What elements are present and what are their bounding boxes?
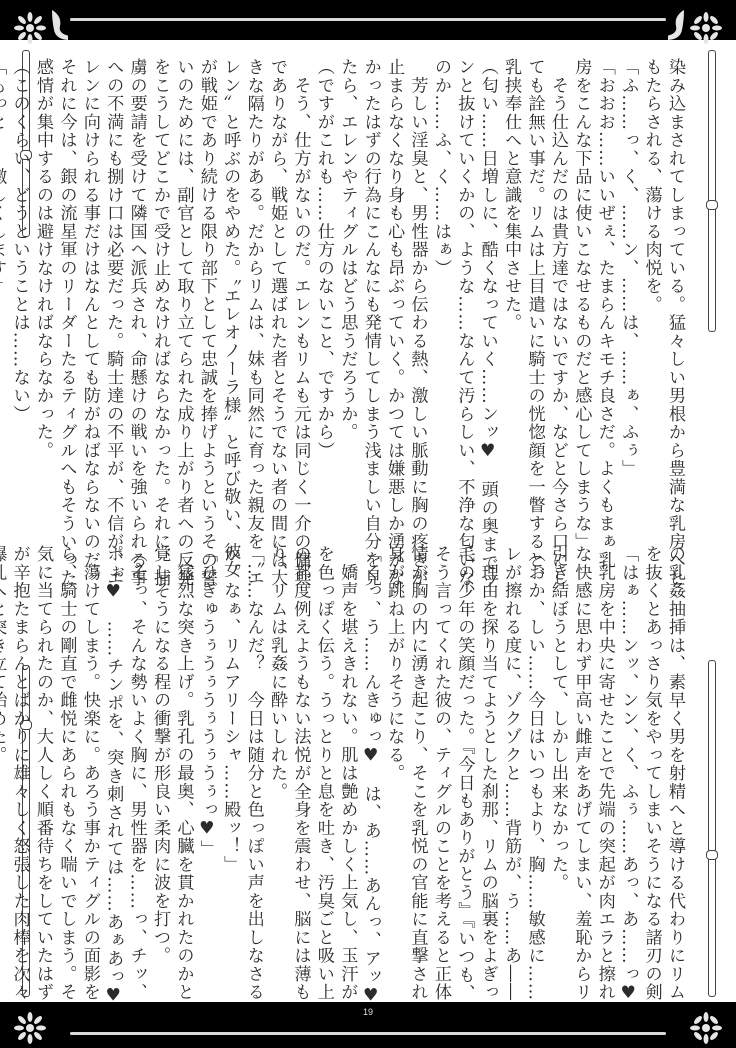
text-line: そう、仕方がないのだ。エレンもリムも元は同じく一介の傭兵 bbox=[288, 58, 311, 538]
text-line: 猛烈な突き上げ。乳孔の最奥、心臓を貫かれたのかと思わず錯 bbox=[171, 545, 194, 990]
text-line: 嬌声を堪えきれない。肌は艶めかしく上気し、玉汗がその表面 bbox=[335, 545, 358, 990]
text-line: が辛抱たまらんとばかりに雄々しく怒張した肉棒を次々とリムの bbox=[7, 545, 30, 990]
text-line: 感情が集中するのは避けなければならなかった。 bbox=[31, 58, 54, 538]
text-line: を色っぽく伝う。うっとりと息を吐き、汚臭ごと吸い上げる。そ bbox=[312, 545, 335, 990]
text-line: ンと抜けていくかの、ような……なんて汚らしい、不浄な匂いな bbox=[452, 58, 475, 538]
text-line: きな隔たりがある。だからリムは、妹も同然に育った親友を〝エ bbox=[241, 58, 264, 538]
text-line: （このくらい、どうということは……ない） bbox=[7, 58, 30, 538]
text-line: 「……なんだ？ 今日は随分と色っぽい声を出しなさるじゃねぇ bbox=[241, 545, 264, 990]
text-line: 芳しい淫臭と、男性器から伝わる熱、激しい脈動に胸の疼きが bbox=[405, 58, 428, 538]
text-line: の都度例えようもない法悦が全身を震わせ、脳には薄もやがかか bbox=[288, 545, 311, 990]
text-line: レンに向けられる事だけはなんとしても防がねばならないのだ。 bbox=[77, 58, 100, 538]
text-line: 「おおお……いいぜぇ、たまらんキモチ良さだ。よくもまぁ乳 bbox=[592, 58, 615, 538]
text-line: 身が跳ね上がりそうになる。 bbox=[382, 545, 405, 990]
flower-ornament-icon bbox=[668, 996, 728, 1048]
bottom-band-line bbox=[70, 1032, 666, 1035]
flower-ornament-icon bbox=[8, 996, 68, 1048]
flower-ornament-icon bbox=[8, 6, 68, 66]
text-line: を抜くとあっさり気をやってしまいそうになる諸刃の剣だ。 bbox=[639, 545, 662, 990]
text-line: 止まらなくなり身も心も昂ぶっていく。かつては嫌悪しか湧かな bbox=[382, 58, 405, 538]
text-line: 毛の少年の笑顔だった。『今日もありがとう』『いつも、助かる』、 bbox=[452, 545, 475, 990]
text-line: 「ひぎゅうぅうぅうぅうぅうぅっ♥」 bbox=[194, 545, 217, 990]
text-line: （そっ、そんな勢いよく胸に、男性器を……っ、チッ、チン…… bbox=[124, 545, 147, 990]
text-line: かったはずの行為にこんなにも発情してしまう浅ましい自分を見 bbox=[358, 58, 381, 538]
text-line: （ですがこれも……仕方のないこと、ですから） bbox=[312, 58, 335, 538]
text-line: 乳挟奉仕へと意識を集中させた。 bbox=[499, 58, 522, 538]
text-line: 「ふ……っ、く、……ン、……は、……ぁ、ふぅ」 bbox=[616, 58, 639, 538]
text-line: レン〟と呼ぶのをやめた。〝エレオノーラ様〟と呼び敬い、彼女 bbox=[218, 58, 241, 538]
text-line: もたらされる、蕩ける肉悦を。 bbox=[639, 58, 662, 538]
right-rail-knob bbox=[706, 850, 718, 860]
text-line: 乳房を中央に寄せたことで先端の突起が肉エラと擦れる。甘美 bbox=[592, 545, 615, 990]
text-line: レが擦れる度に、ゾクゾクと……背筋が、う……あ――） bbox=[499, 545, 522, 990]
flower-ornament-icon bbox=[668, 6, 728, 66]
top-band-line bbox=[70, 18, 666, 21]
text-line: をこうしてどこかで受け止めなければならなかった。それに、捕 bbox=[148, 58, 171, 538]
text-line: の乳姦抽挿は、素早く男を射精へと導ける代わりにリム自身も気 bbox=[663, 545, 686, 990]
text-line: 虜の要請を受けて隣国へ派兵され、命懸けの戦いを強いられる事 bbox=[124, 58, 147, 538]
text-line: 「もっと……激しくします」 bbox=[0, 58, 7, 538]
text-line: 爆乳へと突き立て始めた。 bbox=[0, 545, 7, 990]
text-line: 「はぁ……ンッ、ンン、く、ふぅ……あっ、あ……っ♥」 bbox=[616, 545, 639, 990]
text-line: 「くっ、う……んきゅっ♥ は、あ……あんっ、アッ♥」 bbox=[358, 545, 381, 990]
text-line: （匂い……日増しに、酷くなっていく……ンッ♥ 頭の奥までツ bbox=[475, 58, 498, 538]
text-line: いのためには、副官として取り立てられた成り上がり者への反発 bbox=[171, 58, 194, 538]
text-line: （おか、しい……今日はいつもより、胸……敏感に……ッ！ ア bbox=[522, 545, 545, 990]
text-line: のか……ふ、く……はぁ） bbox=[429, 58, 452, 538]
upper-text-block: 染み込まされてしまっている。猛々しい男根から豊満な乳房へともたらされる、蕩ける肉… bbox=[26, 58, 686, 538]
page-number: 19 bbox=[360, 1007, 376, 1017]
text-line: な快感に思わず甲高い雌声をあげてしまい、羞恥からリムは唇を bbox=[569, 545, 592, 990]
text-line: 房をこんな下品に使いこなせるものだと感心してしまうな」 bbox=[569, 58, 592, 538]
top-ornamental-band bbox=[0, 0, 736, 40]
text-line: それに今は、銀の流星軍のリーダーたるティグルへもそういった bbox=[54, 58, 77, 538]
right-rail-knob bbox=[706, 200, 718, 210]
text-line: 引き結ぼうとして、しかし出来なかった。 bbox=[546, 545, 569, 990]
text-line: たら、エレンやティグルはどう思うだろうか。 bbox=[335, 58, 358, 538]
right-rail-bottom bbox=[708, 660, 716, 997]
text-line: 染み込まされてしまっている。猛々しい男根から豊満な乳房へと bbox=[663, 58, 686, 538]
text-line: 理由を探り当てようとした刹那、リムの脳裏をよぎったのは赤 bbox=[475, 545, 498, 990]
text-line: そう仕込んだのは貴方達ではないですか、などと今さら口にし bbox=[546, 58, 569, 538]
text-line: 情が胸の内に湧き起こり、そこを乳悦の官能に直撃される度に全 bbox=[405, 545, 428, 990]
text-line: 気に当てられたのか、大人しく順番待ちをしていたはずの騎士達 bbox=[31, 545, 54, 990]
text-line: ても詮無い事だ。リムは上目遣いに騎士の恍惚顔を一瞥すると、 bbox=[522, 58, 545, 538]
text-line: が戦姫であり続ける限り部下として忠誠を捧げようというその誓 bbox=[194, 58, 217, 538]
right-rail-top bbox=[708, 50, 716, 332]
text-line: 蕩けてしまう。快楽に。あろう事かティグルの面影を追いなが bbox=[77, 545, 100, 990]
text-line: 覚しそうになる程の衝撃が形良い柔肉に波を打つ。 bbox=[148, 545, 171, 990]
text-line: り、リムは乳姦に酔いしれた。 bbox=[265, 545, 288, 990]
text-line: ポぉ♥ ……チンポを、突き刺されては……あぁあっ♥） bbox=[101, 545, 124, 990]
text-line: への不満にも捌け口は必要だった。騎士達の不平が、不信が、エ bbox=[101, 58, 124, 538]
text-line: ら、騎士の剛直で雌悦にあられもなく喘いでしまう。その卑猥な bbox=[54, 545, 77, 990]
text-line: か。なぁ、リムアリーシャ……殿ッ！」 bbox=[218, 545, 241, 990]
text-line: でありながら、戦姫として選ばれた者とそうでない者の間には大 bbox=[265, 58, 288, 538]
lower-text-block: の乳姦抽挿は、素早く男を射精へと導ける代わりにリム自身も気を抜くとあっさり気をや… bbox=[26, 545, 686, 990]
text-line: そう言ってくれた彼の、ティグルのことを考えると正体不明の感 bbox=[429, 545, 452, 990]
